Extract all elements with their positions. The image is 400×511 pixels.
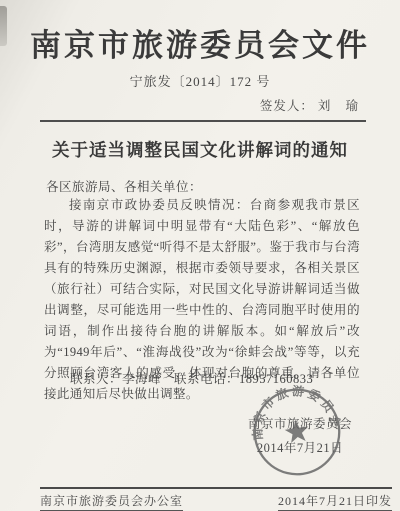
document-number: 宁旅发〔2014〕172 号 xyxy=(0,71,400,90)
seal-star-icon xyxy=(284,418,311,444)
issuer-row: 签发人：刘 瑜 xyxy=(260,96,364,114)
salutation: 各区旅游局、各相关单位： xyxy=(46,177,202,195)
issuer-label: 签发人： xyxy=(260,99,314,113)
letterhead-title: 南京市旅游委员会文件 xyxy=(0,20,400,65)
official-seal-stamp-icon: 南京市旅游委员会 xyxy=(243,378,351,486)
header-separator-line xyxy=(40,120,366,122)
footer-imprint-date: 2014年7月21日印发 xyxy=(278,492,392,511)
footer-office: 南京市旅游委员会办公室 xyxy=(40,492,183,511)
footer-imprint-bar: 南京市旅游委员会办公室 2014年7月21日印发 xyxy=(40,487,392,511)
issuer-name: 刘 瑜 xyxy=(318,99,364,113)
scanned-document-page: 南京市旅游委员会文件 宁旅发〔2014〕172 号 签发人：刘 瑜 关于适当调整… xyxy=(0,0,400,511)
notice-title: 关于适当调整民国文化讲解词的通知 xyxy=(0,137,400,162)
